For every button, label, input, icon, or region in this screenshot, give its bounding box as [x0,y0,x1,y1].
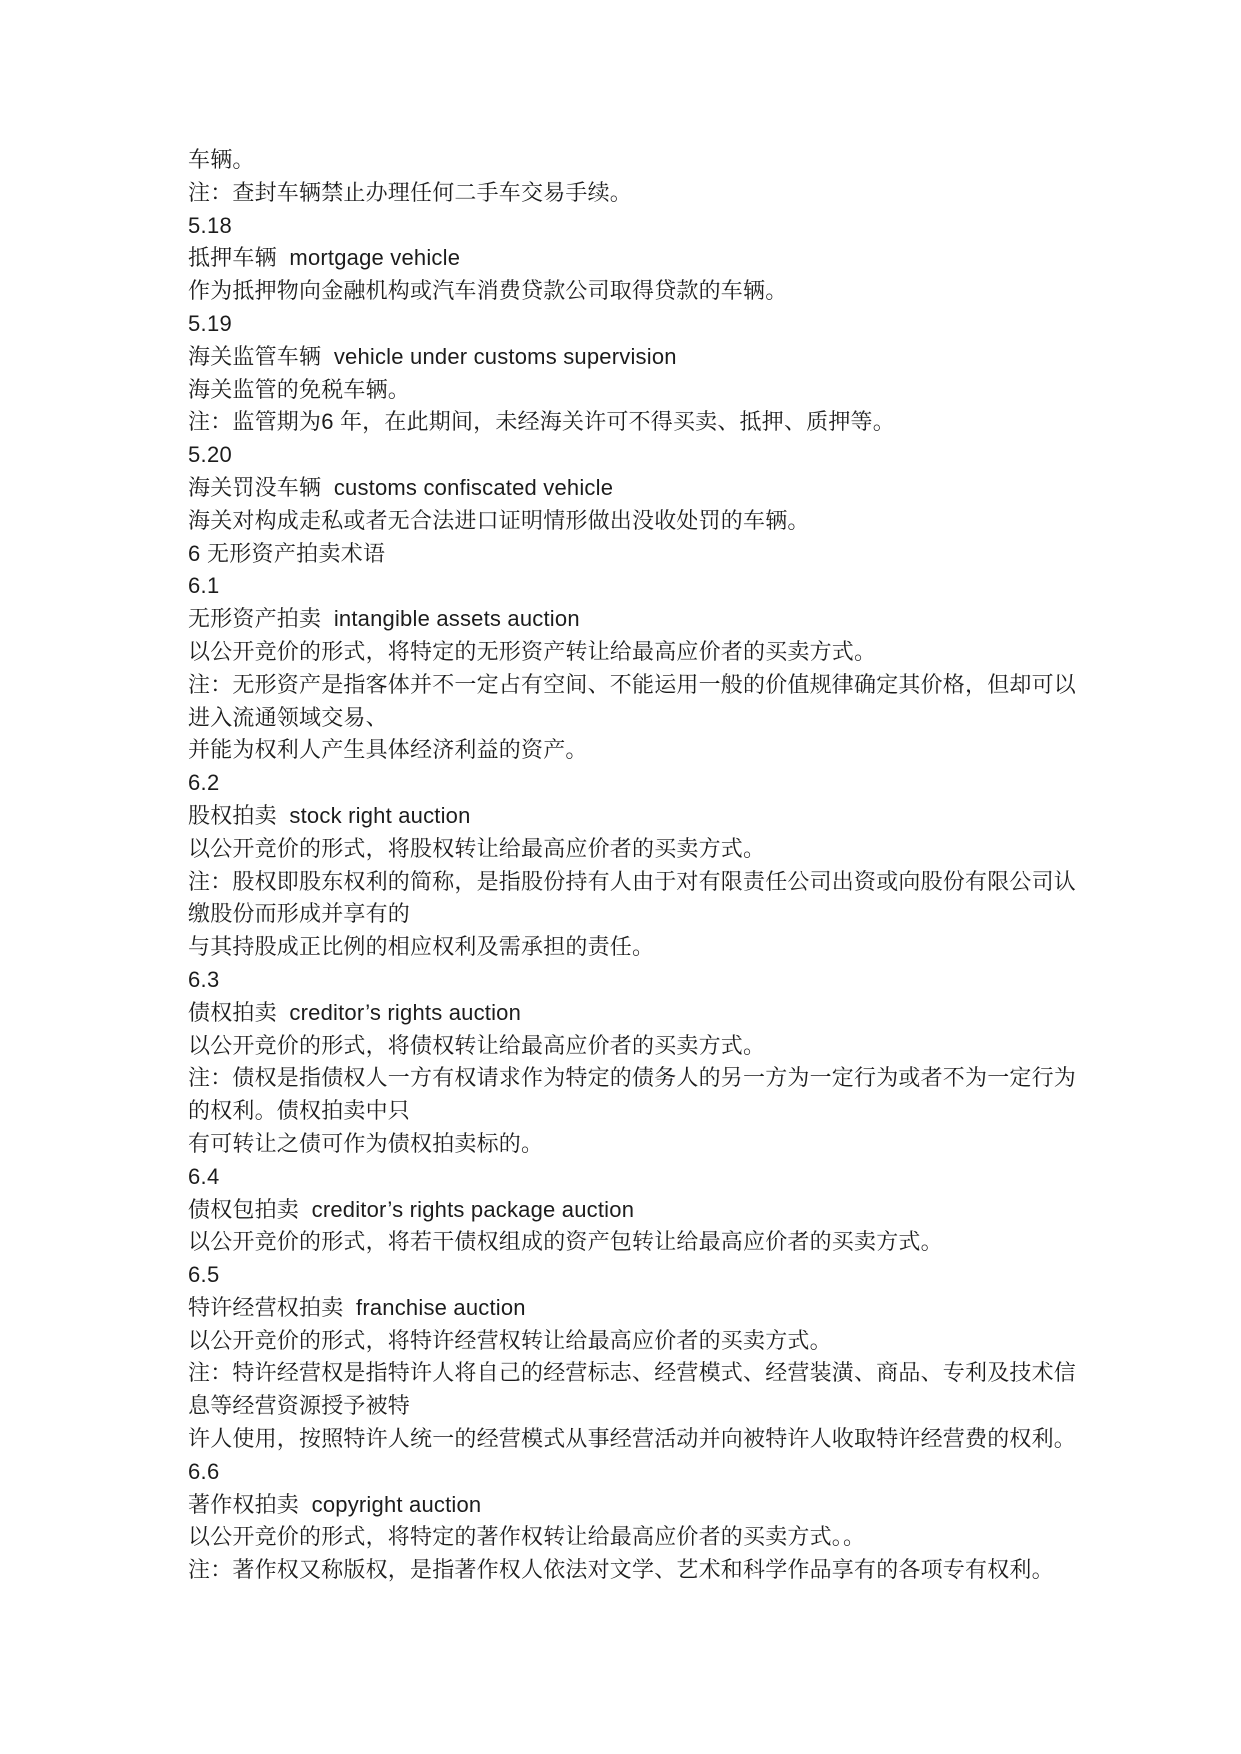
body-line: 与其持股成正比例的相应权利及需承担的责任。 [188,931,1073,964]
body-line: 有可转让之债可作为债权拍卖标的。 [188,1128,1073,1161]
body-line: 息等经营资源授予被特 [188,1390,1073,1423]
body-line: 海关监管的免税车辆。 [188,374,1073,407]
term-line: 债权拍卖 creditor’s rights auction [188,997,1073,1030]
body-line: 进入流通领域交易、 [188,702,1073,735]
body-line: 以公开竞价的形式，将特许经营权转让给最高应价者的买卖方式。 [188,1325,1073,1358]
clause-number-6-1: 6.1 [188,570,1073,603]
text-block: 车辆。 注：查封车辆禁止办理任何二手车交易手续。 5.18 抵押车辆 mortg… [188,144,1073,1587]
note-line: 注：无形资产是指客体并不一定占有空间、不能运用一般的价值规律确定其价格，但却可以 [188,669,1073,702]
term-line: 特许经营权拍卖 franchise auction [188,1292,1073,1325]
note-line: 注：监管期为6 年，在此期间，未经海关许可不得买卖、抵押、质押等。 [188,406,1073,439]
body-line: 以公开竞价的形式，将特定的无形资产转让给最高应价者的买卖方式。 [188,636,1073,669]
body-line: 许人使用，按照特许人统一的经营模式从事经营活动并向被特许人收取特许经营费的权利。 [188,1423,1073,1456]
clause-number-6-3: 6.3 [188,964,1073,997]
body-line: 以公开竞价的形式，将股权转让给最高应价者的买卖方式。 [188,833,1073,866]
term-line: 无形资产拍卖 intangible assets auction [188,603,1073,636]
section-heading-6: 6 无形资产拍卖术语 [188,538,1073,571]
body-line: 以公开竞价的形式，将若干债权组成的资产包转让给最高应价者的买卖方式。 [188,1226,1073,1259]
clause-number-5-18: 5.18 [188,210,1073,243]
term-line: 债权包拍卖 creditor’s rights package auction [188,1194,1073,1227]
document-page: 车辆。 注：查封车辆禁止办理任何二手车交易手续。 5.18 抵押车辆 mortg… [0,0,1241,1754]
clause-number-5-20: 5.20 [188,439,1073,472]
body-line: 并能为权利人产生具体经济利益的资产。 [188,734,1073,767]
term-line: 海关罚没车辆 customs confiscated vehicle [188,472,1073,505]
clause-number-5-19: 5.19 [188,308,1073,341]
term-line: 海关监管车辆 vehicle under customs supervision [188,341,1073,374]
term-line: 抵押车辆 mortgage vehicle [188,242,1073,275]
body-line: 缴股份而形成并享有的 [188,898,1073,931]
clause-number-6-5: 6.5 [188,1259,1073,1292]
note-line: 注：著作权又称版权，是指著作权人依法对文学、艺术和科学作品享有的各项专有权利。 [188,1554,1073,1587]
note-line: 注：特许经营权是指特许人将自己的经营标志、经营模式、经营装潢、商品、专利及技术信 [188,1357,1073,1390]
clause-number-6-6: 6.6 [188,1456,1073,1489]
clause-number-6-2: 6.2 [188,767,1073,800]
body-line: 以公开竞价的形式，将特定的著作权转让给最高应价者的买卖方式。。 [188,1521,1073,1554]
note-line: 注：债权是指债权人一方有权请求作为特定的债务人的另一方为一定行为或者不为一定行为 [188,1062,1073,1095]
note-line: 注：股权即股东权利的简称，是指股份持有人由于对有限责任公司出资或向股份有限公司认 [188,866,1073,899]
body-line: 海关对构成走私或者无合法进口证明情形做出没收处罚的车辆。 [188,505,1073,538]
clause-number-6-4: 6.4 [188,1161,1073,1194]
term-line: 著作权拍卖 copyright auction [188,1489,1073,1522]
term-line: 股权拍卖 stock right auction [188,800,1073,833]
body-line: 车辆。 [188,144,1073,177]
body-line: 以公开竞价的形式，将债权转让给最高应价者的买卖方式。 [188,1030,1073,1063]
note-line: 注：查封车辆禁止办理任何二手车交易手续。 [188,177,1073,210]
body-line: 作为抵押物向金融机构或汽车消费贷款公司取得贷款的车辆。 [188,275,1073,308]
body-line: 的权利。债权拍卖中只 [188,1095,1073,1128]
